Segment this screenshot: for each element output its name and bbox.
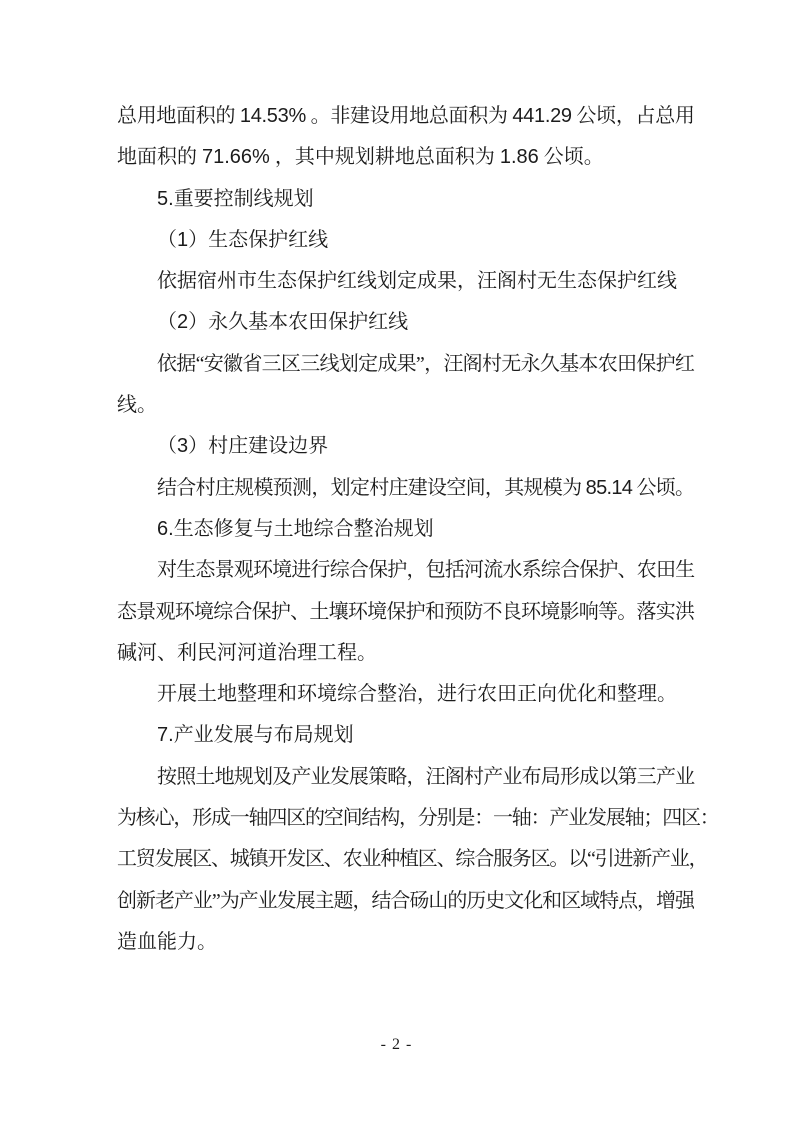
text-line: 碱河、利民河河道治理工程。 xyxy=(117,633,695,674)
latin-number-run: 71.66% xyxy=(202,146,270,168)
text-line: 依据“安徽省三区三线划定成果”，汪阁村无永久基本农田保护红 xyxy=(117,344,695,385)
text-line: 态景观环境综合保护、土壤环境保护和预防不良环境影响等。落实洪 xyxy=(117,592,695,633)
text-line: 5.重要控制线规划 xyxy=(117,179,695,220)
text-line: （1）生态保护红线 xyxy=(117,220,695,261)
latin-number-run: 7. xyxy=(157,724,174,746)
text-line: 造血能力。 xyxy=(117,922,695,963)
document-body: 总用地面积的 14.53% 。非建设用地总面积为 441.29 公顷，占总用地面… xyxy=(117,96,695,963)
text-line: 地面积的 71.66% ，其中规划耕地总面积为 1.86 公顷。 xyxy=(117,137,695,178)
page-number: - 2 - xyxy=(381,1036,413,1053)
latin-number-run: 1 xyxy=(177,229,188,251)
text-line: 依据宿州市生态保护红线划定成果，汪阁村无生态保护红线 xyxy=(117,261,695,302)
text-line: 结合村庄规模预测，划定村庄建设空间，其规模为 85.14 公顷。 xyxy=(117,468,695,509)
page-footer: - 2 - xyxy=(0,1036,793,1054)
document-page: 总用地面积的 14.53% 。非建设用地总面积为 441.29 公顷，占总用地面… xyxy=(0,0,793,1122)
latin-number-run: 6. xyxy=(157,518,174,540)
text-line: 总用地面积的 14.53% 。非建设用地总面积为 441.29 公顷，占总用 xyxy=(117,96,695,137)
latin-number-run: 441.29 xyxy=(512,105,571,127)
text-line: 7.产业发展与布局规划 xyxy=(117,715,695,756)
text-line: 开展土地整理和环境综合整治，进行农田正向优化和整理。 xyxy=(117,674,695,715)
latin-number-run: 2 xyxy=(177,311,188,333)
latin-number-run: 85.14 xyxy=(586,477,633,499)
latin-number-run: 14.53% xyxy=(240,105,306,127)
text-line: 工贸发展区、城镇开发区、农业种植区、综合服务区。以“引进新产业， xyxy=(117,839,695,880)
text-line: 创新老产业”为产业发展主题，结合砀山的历史文化和区域特点，增强 xyxy=(117,881,695,922)
text-line: 为核心，形成一轴四区的空间结构，分别是：一轴：产业发展轴；四区： xyxy=(117,798,695,839)
latin-number-run: 5. xyxy=(157,188,174,210)
latin-number-run: 3 xyxy=(177,435,188,457)
text-line: （3）村庄建设边界 xyxy=(117,426,695,467)
text-line: 线。 xyxy=(117,385,695,426)
text-line: 按照土地规划及产业发展策略，汪阁村产业布局形成以第三产业 xyxy=(117,757,695,798)
text-line: 对生态景观环境进行综合保护，包括河流水系综合保护、农田生 xyxy=(117,550,695,591)
text-line: 6.生态修复与土地综合整治规划 xyxy=(117,509,695,550)
text-line: （2）永久基本农田保护红线 xyxy=(117,302,695,343)
latin-number-run: 1.86 xyxy=(500,146,539,168)
